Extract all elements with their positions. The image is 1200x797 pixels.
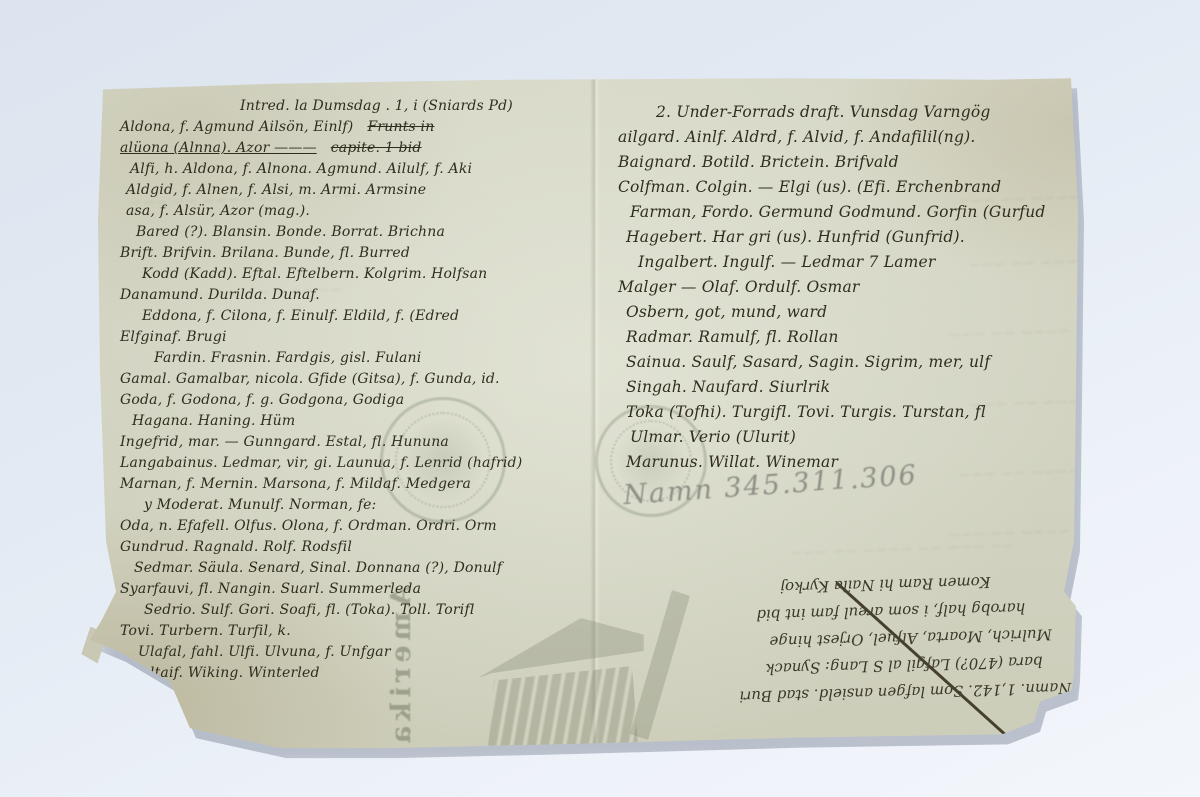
handwritten-line: Brift. Brifvin. Brilana. Bunde, fl. Burr… <box>120 243 612 264</box>
handwritten-line: Bared (?). Blansin. Bonde. Borrat. Brich… <box>136 222 612 243</box>
handwritten-line: Ulafal, fahl. Ulfi. Ulvuna, f. Unfgar <box>138 642 612 663</box>
handwritten-line: Colfman. Colgin. — Elgi (us). (Efi. Erch… <box>618 175 1076 200</box>
handwritten-line: Gamal. Gamalbar, nicola. Gfide (Gitsa), … <box>120 369 612 390</box>
handwritten-line: Intred. la Dumsdag . 1, i (Sniards Pd) <box>240 96 612 117</box>
handwritten-line: Fardin. Frasnin. Fardgis, gisl. Fulani <box>154 348 612 369</box>
handwritten-line: Danamund. Durilda. Dunaf. <box>120 285 612 306</box>
handwritten-line: Ingefrid, mar. — Gunngard. Estal, fl. Hu… <box>120 432 612 453</box>
handwritten-line: Toka (Tofhi). Turgifl. Tovi. Turgis. Tur… <box>626 400 1076 425</box>
left-page-text-column: Intred. la Dumsdag . 1, i (Sniards Pd)Al… <box>120 96 612 684</box>
handwritten-line: Osbern, got, mund, ward <box>626 300 1076 325</box>
handwritten-line: Radmar. Ramulf, fl. Rollan <box>626 325 1076 350</box>
ink-showthrough: ~~ ~~~ ~~ ~~~~ ~~ ~~~ <box>948 518 1173 544</box>
handwritten-line: Sedrio. Sulf. Gori. Soafi, fl. (Toka). T… <box>144 600 612 621</box>
handwritten-line: Ulmar. Verio (Ulurit) <box>630 425 1076 450</box>
handwritten-line: Sedmar. Säula. Senard, Sinal. Donnana (?… <box>134 558 612 579</box>
upside-down-note: Namn. 1,142. Som lafgen ansield. stad Bu… <box>606 566 1071 713</box>
handwritten-line: Singah. Naufard. Siurlrik <box>626 375 1076 400</box>
handwritten-line: Kodd (Kadd). Eftal. Eftelbern. Kolgrim. … <box>142 264 612 285</box>
handwritten-line: Tovi. Turbern. Turfil, k. <box>120 621 612 642</box>
handwritten-line: Baignard. Botild. Brictein. Brifvald <box>618 150 1076 175</box>
ink-showthrough: ~~ ~~~ ~~ ~~~~ ~~ ~~~ <box>790 536 1015 562</box>
handwritten-line: asa, f. Alsür, Azor (mag.). <box>126 201 612 222</box>
right-page-text-column: 2. Under-Forrads draft. Vunsdag Varngöga… <box>618 100 1076 475</box>
handwritten-line: Aldona, f. Agmund Ailsön, Einlf)Frunts i… <box>120 117 612 138</box>
handwritten-line: Syarfauvi, fl. Nangin. Suarl. Summerleda <box>120 579 612 600</box>
handwritten-line: alüona (Alnna). Azor ———capite. 1 bid <box>120 138 612 159</box>
handwritten-line: ailgard. Ainlf. Aldrd, f. Alvid, f. Anda… <box>618 125 1076 150</box>
handwritten-line: Marnan, f. Mernin. Marsona, f. Mildaf. M… <box>120 474 612 495</box>
handwritten-line: Hagana. Haning. Hüm <box>132 411 612 432</box>
handwritten-line: Gundrud. Ragnald. Rolf. Rodsfil <box>120 537 612 558</box>
handwritten-line: Alfi, h. Aldona, f. Alnona. Agmund. Ailu… <box>130 159 612 180</box>
handwritten-line: Ingalbert. Ingulf. — Ledmar 7 Lamer <box>638 250 1076 275</box>
handwritten-line: Sainua. Saulf, Sasard, Sagin. Sigrim, me… <box>626 350 1076 375</box>
handwritten-line: Goda, f. Godona, f. g. Godgona, Godiga <box>120 390 612 411</box>
handwritten-line: Oda, n. Efafell. Olfus. Olona, f. Ordman… <box>120 516 612 537</box>
handwritten-line: Elfginaf. Brugi <box>120 327 612 348</box>
manuscript-paper: ~~ ~~~ ~~ ~~~~ ~~ ~~~ ~~ ~~~ ~~ ~~~~ ~~ … <box>90 70 1090 762</box>
handwritten-line: Langabainus. Ledmar, vir, gi. Launua, f.… <box>120 453 612 474</box>
photo-background: ~~ ~~~ ~~ ~~~~ ~~ ~~~ ~~ ~~~ ~~ ~~~~ ~~ … <box>0 0 1200 797</box>
handwritten-line: Farman, Fordo. Germund Godmund. Gorfin (… <box>630 200 1076 225</box>
handwritten-line: y Moderat. Munulf. Norman, fe: <box>144 495 612 516</box>
handwritten-line: Aldgid, f. Alnen, f. Alsi, m. Armi. Arms… <box>126 180 612 201</box>
handwritten-line: Waltaif. Wiking. Winterled <box>128 663 612 684</box>
handwritten-line: Hagebert. Har gri (us). Hunfrid (Gunfrid… <box>626 225 1076 250</box>
handwritten-line: Malger — Olaf. Ordulf. Osmar <box>618 275 1076 300</box>
handwritten-line: 2. Under-Forrads draft. Vunsdag Varngög <box>656 100 1076 125</box>
handwritten-line: Eddona, f. Cilona, f. Einulf. Eldild, f.… <box>142 306 612 327</box>
